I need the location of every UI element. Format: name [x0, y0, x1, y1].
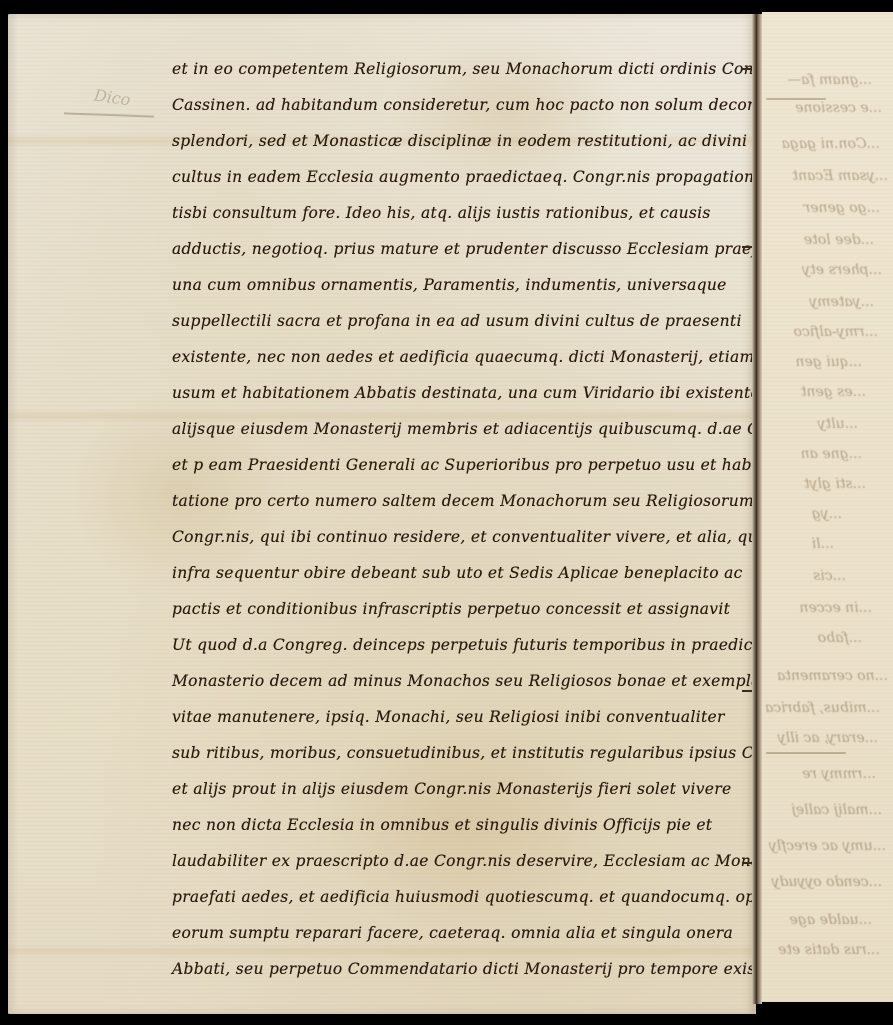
- text-line: una cum omnibus ornamentis, Paramentis, …: [172, 276, 727, 294]
- bleed-through-text: ...mibus, fabrica: [765, 700, 880, 716]
- bleed-through-text: ...yatemy: [809, 294, 874, 310]
- text-line: tisbi consultum fore. Ideo his, atq. ali…: [172, 204, 711, 222]
- text-line: existente, nec non aedes et aedificia qu…: [172, 348, 780, 366]
- ink-tick: [742, 862, 752, 864]
- text-line: et p eam Praesidenti Generali ac Superio…: [172, 456, 757, 474]
- text-line: Ut quod d.a Congreg. deinceps perpetuis …: [172, 636, 769, 654]
- text-line: cultus in eadem Ecclesia augmento praedi…: [172, 168, 783, 186]
- text-line: Monasterio decem ad minus Monachos seu R…: [172, 672, 782, 690]
- bleed-through-text: ...e cessione: [795, 100, 882, 116]
- manuscript-scan: Dico et in eo competentem Religiosorum, …: [0, 0, 893, 1025]
- text-line: Cassinen. ad habitandum consideretur, cu…: [172, 96, 784, 114]
- bleed-through-text: ...rmmy re: [802, 766, 876, 782]
- bleed-through-text: ...rus datis ete: [778, 942, 880, 958]
- book-gutter: [752, 14, 762, 1004]
- bleed-through-text: ...rmy-alfico: [794, 324, 878, 340]
- text-line: praefati aedes, et aedificia huiusmodi q…: [172, 888, 825, 906]
- bleed-through-text: ...sti glyt: [804, 476, 866, 492]
- text-line: usum et habitationem Abbatis destinata, …: [172, 384, 760, 402]
- text-line: infra sequentur obire debeant sub uto et…: [172, 564, 743, 582]
- bleed-through-text: ...dee lote: [804, 232, 874, 248]
- text-line: eorum sumptu reparari facere, caeteraq. …: [172, 924, 733, 942]
- bleed-through-text: ...ulty: [818, 416, 858, 432]
- bleed-through-text: ...yg: [812, 506, 842, 522]
- ink-tick: [742, 246, 752, 248]
- bleed-through-text: ...no ceramenta: [777, 668, 888, 684]
- text-line: splendori, sed et Monasticæ disciplinæ i…: [172, 132, 747, 150]
- text-line: et alijs prout in alijs eiusdem Congr.ni…: [172, 780, 731, 798]
- bleed-through-text: ...ysam Ecant: [792, 168, 888, 184]
- text-line: nec non dicta Ecclesia in omnibus et sin…: [172, 816, 712, 834]
- bleed-through-text: ...Con.ni gaga: [781, 136, 880, 152]
- text-line: Congr.nis, qui ibi continuo residere, et…: [172, 528, 777, 546]
- text-line: pactis et conditionibus infrascriptis pe…: [172, 600, 730, 618]
- bleed-through-text: ...fabo: [818, 630, 862, 646]
- bleed-through-text: ...umy ac erecfly: [769, 838, 886, 854]
- bleed-through-text: ...es gent: [801, 384, 866, 400]
- text-line: suppellectili sacra et profana in ea ad …: [172, 312, 742, 330]
- bleed-through-text: ...in eccen: [799, 600, 872, 616]
- text-line: vitae manutenere, ipsiq. Monachi, seu Re…: [172, 708, 725, 726]
- ink-tick: [742, 68, 752, 70]
- bleed-through-text: ...li: [812, 536, 834, 552]
- text-line: adductis, negotioq. prius mature et prud…: [172, 240, 798, 258]
- bleed-through-text: ...cis: [813, 568, 846, 584]
- bleed-through-stroke: [766, 752, 846, 754]
- bleed-through-stroke: [766, 98, 826, 100]
- bleed-through-text: ...gne an: [801, 446, 862, 462]
- right-page: ...gnam fa— ...e cessione ...Con.ni gaga…: [762, 12, 893, 1002]
- bleed-through-text: ...gnam fa—: [787, 72, 872, 88]
- text-line: alijsque eiusdem Monasterij membris et a…: [172, 420, 816, 438]
- bleed-through-text: ...phers ety: [802, 262, 882, 278]
- bleed-through-text: ...ualde age: [790, 912, 872, 928]
- bleed-through-text: ...malij callej: [792, 802, 883, 818]
- bleed-through-text: ...go gener: [804, 200, 880, 216]
- text-line: sub ritibus, moribus, consuetudinibus, e…: [172, 744, 819, 762]
- text-line: laudabiliter ex praescripto d.ae Congr.n…: [172, 852, 803, 870]
- bleed-through-text: ...qui gen: [795, 354, 862, 370]
- bleed-through-text: ...erary, ac illy: [778, 730, 878, 746]
- text-line: tatione pro certo numero saltem decem Mo…: [172, 492, 808, 510]
- text-line: et in eo competentem Religiosorum, seu M…: [172, 60, 799, 78]
- ink-tick: [742, 690, 752, 692]
- bleed-through-text: ...cendo oyyudy: [772, 874, 882, 890]
- text-line: Abbati, seu perpetuo Commendatario dicti…: [172, 960, 794, 978]
